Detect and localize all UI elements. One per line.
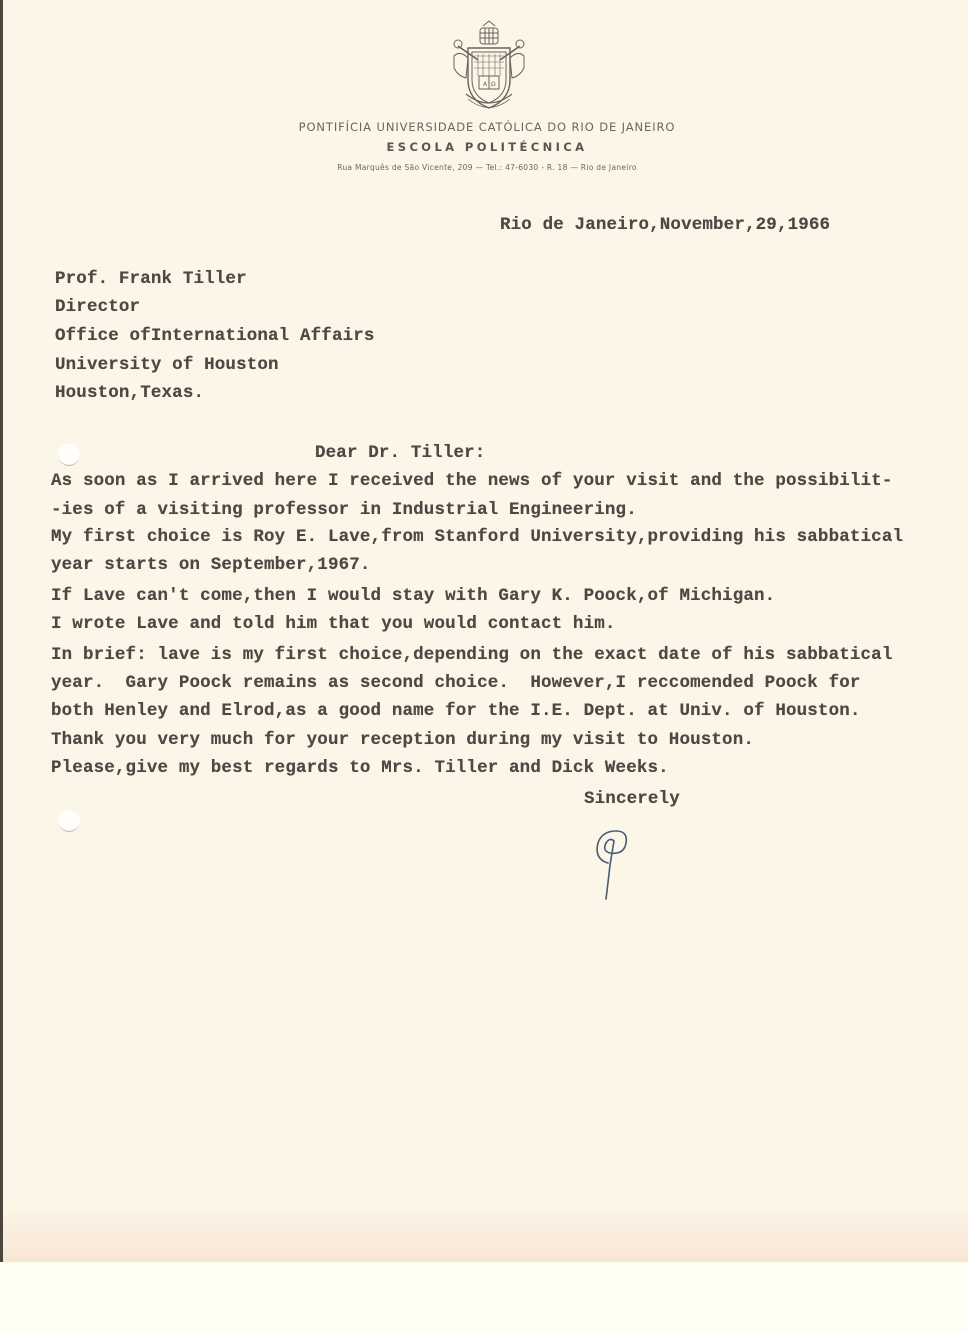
salutation: Dear Dr. Tiller: [315, 443, 485, 463]
paper-edge-shading [3, 1202, 968, 1262]
recipient-city: Houston,Texas. [55, 383, 204, 403]
letterhead-school: ESCOLA POLITÉCNICA [3, 140, 968, 154]
closing: Sincerely [584, 789, 680, 809]
body-line: year. Gary Poock remains as second choic… [51, 673, 861, 693]
body-line: Please,give my best regards to Mrs. Till… [51, 758, 669, 778]
body-line: both Henley and Elrod,as a good name for… [51, 701, 861, 721]
body-line: I wrote Lave and told him that you would… [51, 614, 616, 634]
body-line: Thank you very much for your reception d… [51, 730, 754, 750]
recipient-institution: University of Houston [55, 355, 279, 375]
punch-hole [58, 810, 80, 832]
body-line: If Lave can't come,then I would stay wit… [51, 586, 775, 606]
body-line: As soon as I arrived here I received the… [51, 471, 893, 491]
recipient-title: Director [55, 297, 140, 317]
body-line: In brief: lave is my first choice,depend… [51, 645, 893, 665]
punch-hole [58, 444, 80, 466]
body-line: My first choice is Roy E. Lave,from Stan… [51, 527, 903, 547]
letterhead-university: PONTIFÍCIA UNIVERSIDADE CATÓLICA DO RIO … [3, 120, 968, 134]
svg-text:Ω: Ω [491, 81, 496, 88]
letter-paper: A Ω PONTIFÍCIA UNIVERSIDADE CATÓLICA DO … [0, 0, 968, 1262]
handwritten-signature-icon [588, 825, 638, 905]
recipient-name: Prof. Frank Tiller [55, 269, 247, 289]
letterhead-address: Rua Marquês de São Vicente, 209 — Tel.: … [3, 163, 968, 172]
body-line: year starts on September,1967. [51, 555, 371, 575]
recipient-office: Office ofInternational Affairs [55, 326, 375, 346]
coat-of-arms-icon: A Ω [450, 20, 528, 114]
body-line: -ies of a visiting professor in Industri… [51, 500, 637, 520]
letter-date: Rio de Janeiro,November,29,1966 [500, 215, 830, 235]
